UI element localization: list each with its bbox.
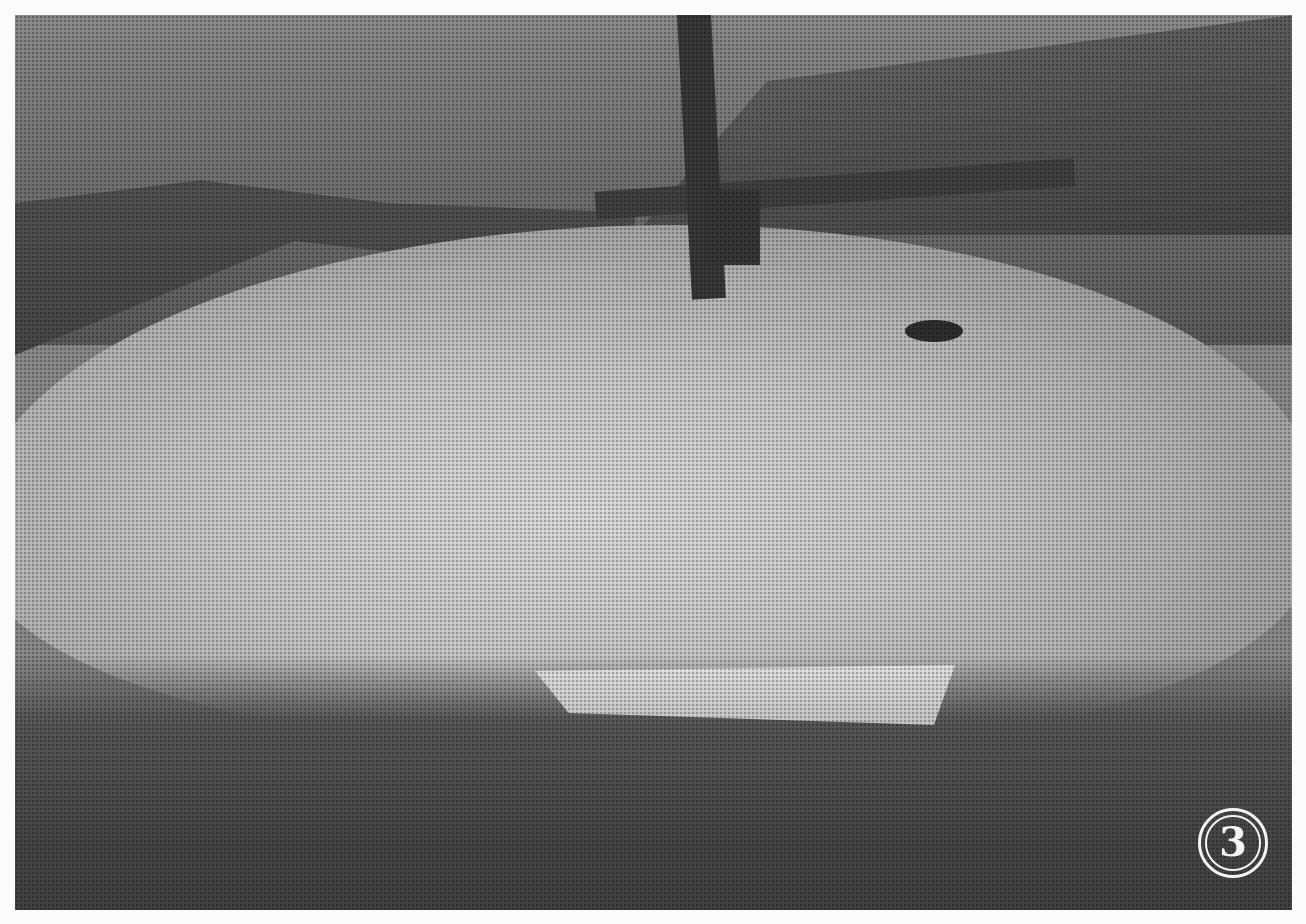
figure-number-badge: 3 <box>1198 808 1268 878</box>
figure-number: 3 <box>1205 815 1261 871</box>
halftone-screen <box>15 15 1292 910</box>
halftone-photograph <box>15 15 1292 910</box>
